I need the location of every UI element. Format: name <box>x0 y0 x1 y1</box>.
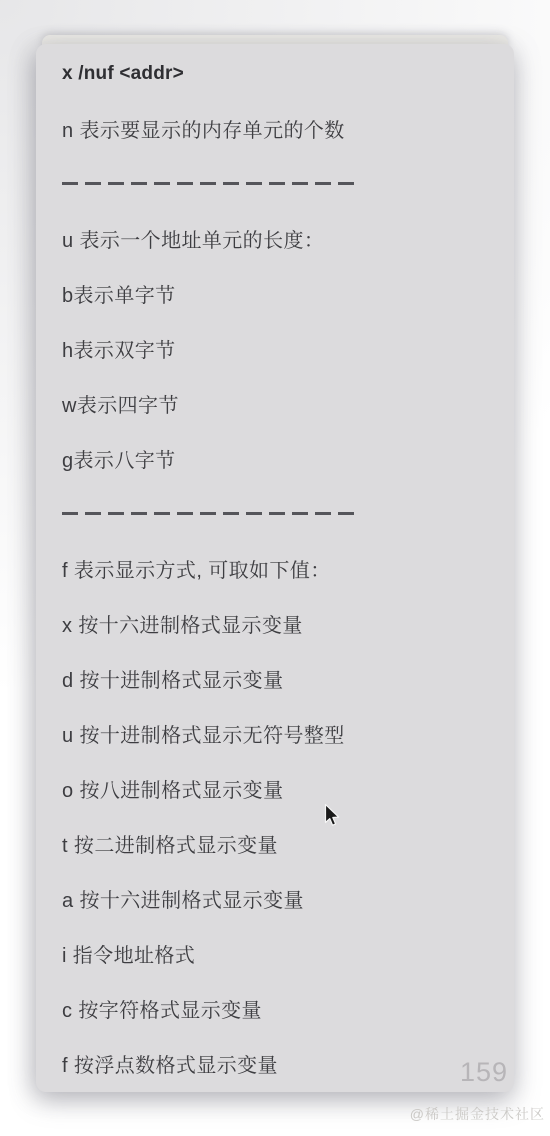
watermark: @稀土掘金技术社区 <box>410 1104 545 1124</box>
content-card: x /nuf <addr>n 表示要显示的内存单元的个数u 表示一个地址单元的长… <box>36 44 514 1092</box>
line-text: f 表示显示方式, 可取如下值： <box>62 554 331 583</box>
command-title-row: x /nuf <addr> <box>62 46 504 101</box>
line-text: x 按十六进制格式显示变量 <box>62 609 303 638</box>
divider-row <box>62 156 504 211</box>
text-row: w表示四字节 <box>62 376 504 431</box>
card-content: x /nuf <addr>n 表示要显示的内存单元的个数u 表示一个地址单元的长… <box>62 46 504 1091</box>
text-row: f 按浮点数格式显示变量 <box>62 1036 504 1091</box>
page-number: 159 <box>460 1057 508 1088</box>
text-row: o 按八进制格式显示变量 <box>62 761 504 816</box>
line-text: g表示八字节 <box>62 444 176 473</box>
line-text: u 表示一个地址单元的长度： <box>62 224 324 253</box>
line-text: i 指令地址格式 <box>62 939 195 968</box>
line-text: h表示双字节 <box>62 334 176 363</box>
text-row: t 按二进制格式显示变量 <box>62 816 504 871</box>
text-row: x 按十六进制格式显示变量 <box>62 596 504 651</box>
line-text: c 按字符格式显示变量 <box>62 994 262 1023</box>
line-text: w表示四字节 <box>62 389 179 418</box>
text-row: b表示单字节 <box>62 266 504 321</box>
text-row: i 指令地址格式 <box>62 926 504 981</box>
line-text: t 按二进制格式显示变量 <box>62 829 278 858</box>
line-text: f 按浮点数格式显示变量 <box>62 1049 278 1078</box>
line-text: d 按十进制格式显示变量 <box>62 664 283 693</box>
page: x /nuf <addr>n 表示要显示的内存单元的个数u 表示一个地址单元的长… <box>0 0 550 1136</box>
text-row: u 表示一个地址单元的长度： <box>62 211 504 266</box>
text-row: d 按十进制格式显示变量 <box>62 651 504 706</box>
line-text: a 按十六进制格式显示变量 <box>62 884 304 913</box>
line-text: b表示单字节 <box>62 279 176 308</box>
text-row: u 按十进制格式显示无符号整型 <box>62 706 504 761</box>
text-row: g表示八字节 <box>62 431 504 486</box>
text-row: h表示双字节 <box>62 321 504 376</box>
line-text: u 按十进制格式显示无符号整型 <box>62 719 345 748</box>
line-text: o 按八进制格式显示变量 <box>62 774 283 803</box>
command-title: x /nuf <addr> <box>62 63 184 85</box>
text-row: c 按字符格式显示变量 <box>62 981 504 1036</box>
text-row: a 按十六进制格式显示变量 <box>62 871 504 926</box>
text-row: f 表示显示方式, 可取如下值： <box>62 541 504 596</box>
divider-row <box>62 486 504 541</box>
text-row: n 表示要显示的内存单元的个数 <box>62 101 504 156</box>
dashed-divider <box>62 512 356 515</box>
dashed-divider <box>62 182 356 185</box>
line-text: n 表示要显示的内存单元的个数 <box>62 114 345 143</box>
